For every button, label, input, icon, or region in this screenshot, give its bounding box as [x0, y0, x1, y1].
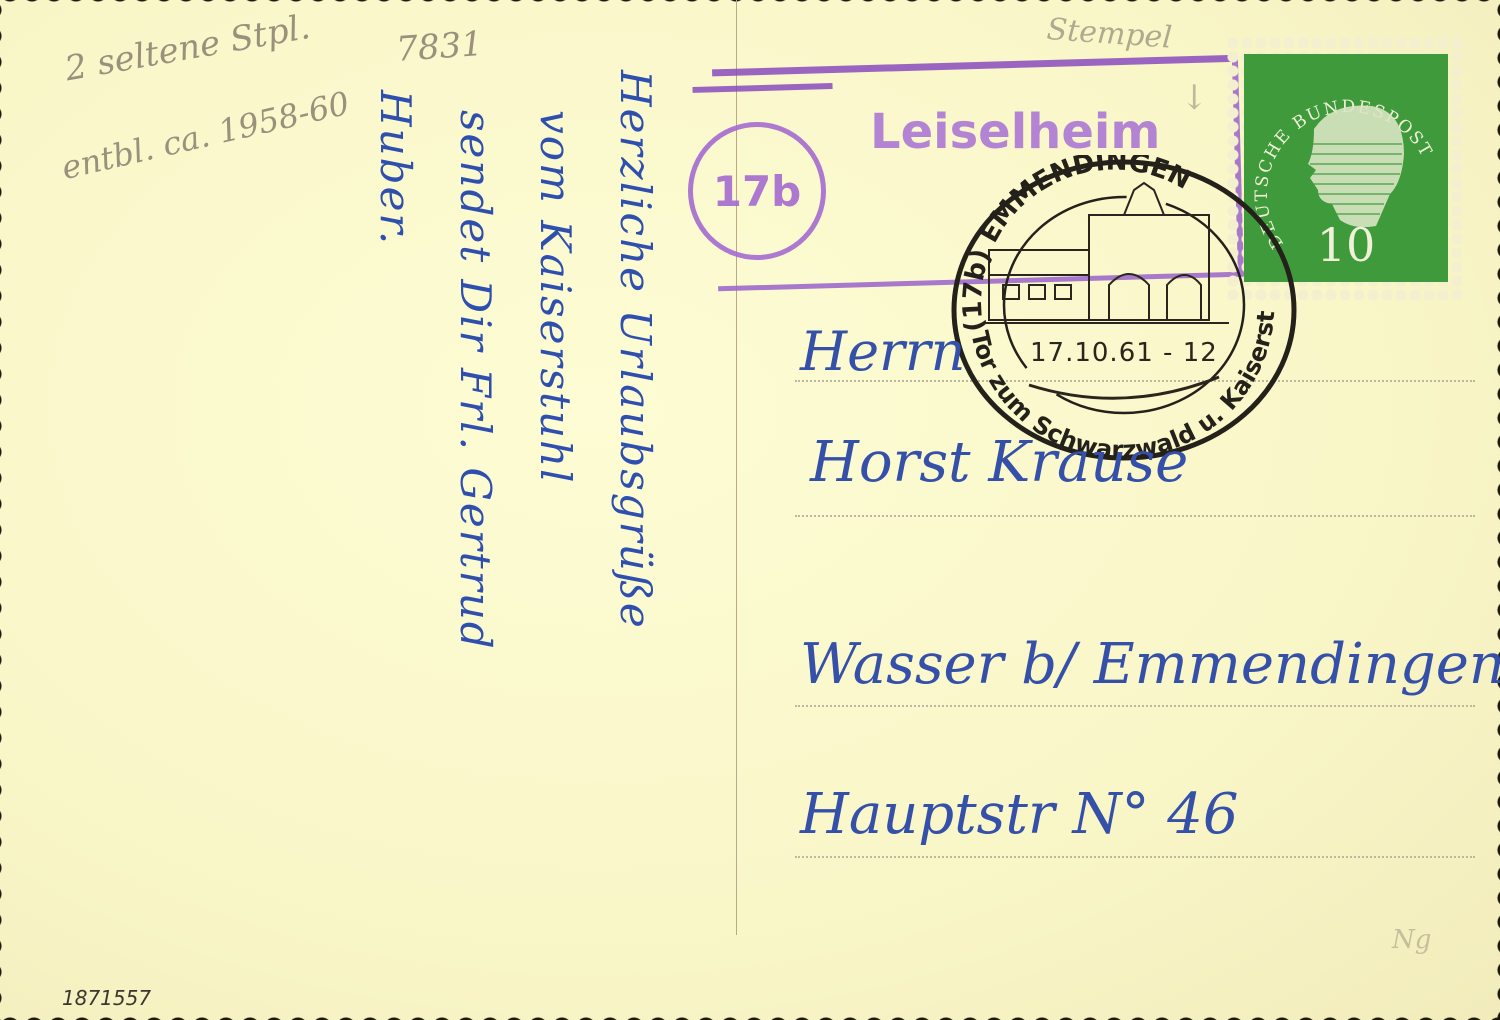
pencil-note-date-range: entbl. ca. 1958-60 [58, 84, 353, 187]
postmark-top-text: (17b) EMMENDINGEN [958, 155, 1195, 334]
pencil-note-initials: Ng [1392, 925, 1431, 955]
catalog-number: 1871557 [62, 986, 151, 1010]
cancellation-dash [692, 83, 832, 93]
message-line-2: vom Kaiserstuhl [531, 110, 580, 485]
pencil-note-number: 7831 [395, 24, 484, 70]
address-salutation: Herrn [800, 320, 965, 383]
deckle-edge-right [1492, 0, 1500, 1020]
svg-text:(17b) EMMENDINGEN: (17b) EMMENDINGEN [958, 155, 1195, 334]
postmark-date: 17.10.61 - 12 [1030, 338, 1218, 368]
message-line-3: sendet Dir Frl. Gertrud [451, 110, 500, 651]
deckle-edge-left [0, 0, 7, 1020]
address-line-2 [795, 515, 1475, 517]
pencil-note-rare-stamps: 2 seltene Stpl. [62, 7, 313, 89]
address-line-3 [795, 705, 1475, 707]
postal-code-circle: 17b [688, 122, 826, 260]
postcard: 2 seltene Stpl. entbl. ca. 1958-60 7831 … [0, 0, 1500, 1020]
pencil-note-stempel: Stempel [1046, 12, 1174, 56]
message-line-4: Huber. [371, 90, 420, 246]
address-line-4 [795, 856, 1475, 858]
circular-postmark: (17b) EMMENDINGEN Tor zum Schwarzwald u.… [929, 155, 1299, 465]
address-street: Hauptstr N° 46 [800, 782, 1239, 847]
deckle-edge-bottom [0, 1013, 1500, 1020]
deckle-edge-top [0, 0, 1500, 6]
address-name: Horst Krause [810, 430, 1188, 495]
cancellation-town: Leiselheim [870, 104, 1160, 160]
postal-code: 17b [713, 167, 802, 216]
address-town: Wasser b/ Emmendingen [800, 632, 1500, 697]
message-line-1: Herzliche Urlaubsgrüße [611, 70, 660, 630]
